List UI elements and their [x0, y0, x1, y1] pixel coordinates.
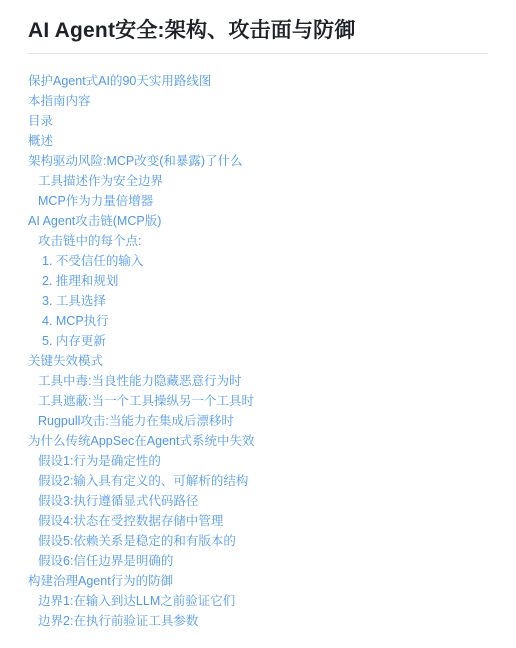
- toc-item[interactable]: 本指南内容: [28, 91, 488, 111]
- toc-item[interactable]: 架构驱动风险:MCP改变(和暴露)了什么: [28, 151, 488, 171]
- title-block: AI Agent安全:架构、攻击面与防御: [28, 0, 488, 54]
- toc-item[interactable]: 假设6:信任边界是明确的: [28, 551, 488, 571]
- toc-item[interactable]: 3. 工具选择: [28, 291, 488, 311]
- toc-item[interactable]: 4. MCP执行: [28, 311, 488, 331]
- document-page: AI Agent安全:架构、攻击面与防御 保护Agent式AI的90天实用路线图…: [0, 0, 516, 648]
- toc-item[interactable]: 保护Agent式AI的90天实用路线图: [28, 71, 488, 91]
- toc-item[interactable]: 边界1:在输入到达LLM之前验证它们: [28, 591, 488, 611]
- toc-item[interactable]: 攻击链中的每个点:: [28, 231, 488, 251]
- toc-list: 保护Agent式AI的90天实用路线图本指南内容目录概述架构驱动风险:MCP改变…: [28, 71, 488, 631]
- toc-item[interactable]: 边界2:在执行前验证工具参数: [28, 611, 488, 631]
- toc-item[interactable]: 构建治理Agent行为的防御: [28, 571, 488, 591]
- toc-item[interactable]: 关键失效模式: [28, 351, 488, 371]
- toc-item[interactable]: AI Agent攻击链(MCP版): [28, 211, 488, 231]
- toc-item[interactable]: 5. 内存更新: [28, 331, 488, 351]
- toc-item[interactable]: Rugpull攻击:当能力在集成后漂移时: [28, 411, 488, 431]
- toc-item[interactable]: 概述: [28, 131, 488, 151]
- toc-item[interactable]: 假设1:行为是确定性的: [28, 451, 488, 471]
- toc-item[interactable]: MCP作为力量倍增器: [28, 191, 488, 211]
- toc-item[interactable]: 工具中毒:当良性能力隐藏恶意行为时: [28, 371, 488, 391]
- toc-item[interactable]: 为什么传统AppSec在Agent式系统中失效: [28, 431, 488, 451]
- toc-item[interactable]: 2. 推理和规划: [28, 271, 488, 291]
- toc-item[interactable]: 工具遮蔽:当一个工具操纵另一个工具时: [28, 391, 488, 411]
- toc-item[interactable]: 目录: [28, 111, 488, 131]
- toc-item[interactable]: 假设5:依赖关系是稳定的和有版本的: [28, 531, 488, 551]
- toc-item[interactable]: 假设4:状态在受控数据存储中管理: [28, 511, 488, 531]
- toc-item[interactable]: 工具描述作为安全边界: [28, 171, 488, 191]
- page-title: AI Agent安全:架构、攻击面与防御: [28, 16, 488, 46]
- toc-item[interactable]: 假设3:执行遵循显式代码路径: [28, 491, 488, 511]
- toc-item[interactable]: 假设2:输入具有定义的、可解析的结构: [28, 471, 488, 491]
- toc-item[interactable]: 1. 不受信任的输入: [28, 251, 488, 271]
